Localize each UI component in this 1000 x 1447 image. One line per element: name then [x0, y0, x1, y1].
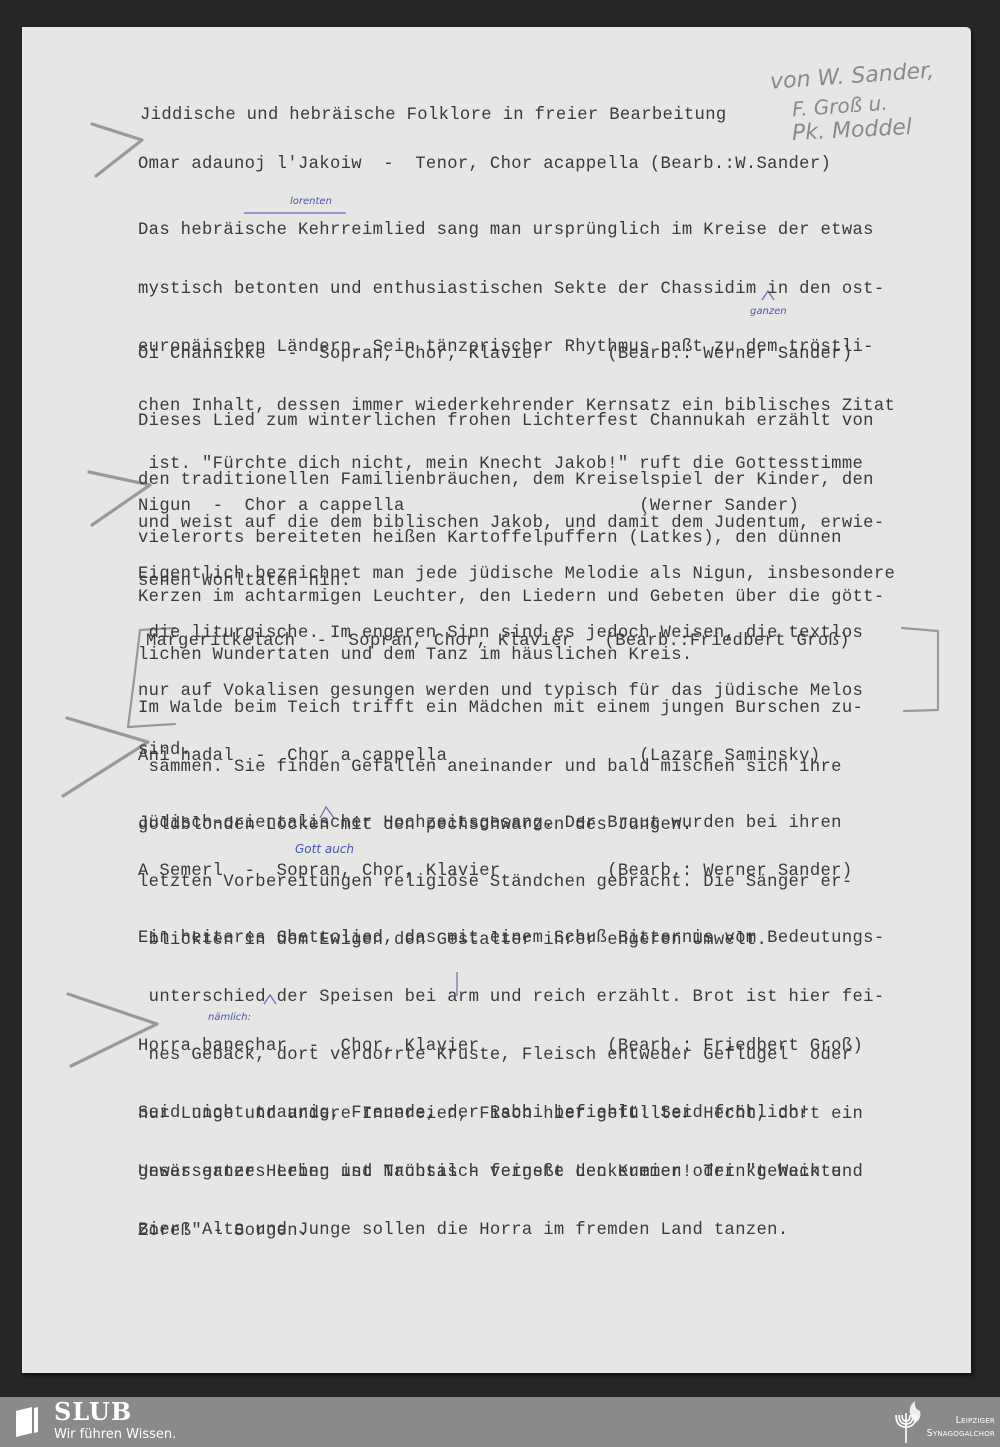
- document-title: Jiddische und hebräische Folklore in fre…: [140, 106, 727, 126]
- section-heading: Oi Channikke - Sopran, Chor, Klavier (Be…: [138, 345, 853, 365]
- body-line: Bier! Alte und Junge sollen die Horra im…: [138, 1221, 863, 1241]
- body-line: unterschied der Speisen bei arm und reic…: [138, 988, 885, 1008]
- body-line: Jüdisch-orientalischer Hochzeitsgesang. …: [138, 814, 853, 834]
- body-line: Seid nicht traurig, Freunde, der Rabbi b…: [138, 1104, 863, 1124]
- slub-brand: SLUB: [54, 1397, 132, 1426]
- body-line: Ein heiteres Ghettolied, das mit einem S…: [138, 929, 885, 949]
- section-heading: Ani hadal - Chor a cappella (Lazare Sami…: [138, 747, 821, 767]
- synagogalchor-line2: Synagogalchor: [920, 1427, 995, 1440]
- section-heading: Margeritkelach - Sopran, Chor, Klavier (…: [146, 632, 850, 652]
- slub-book-logo-icon: [14, 1405, 40, 1437]
- margin-arrow-icon: [63, 718, 148, 796]
- section-heading: Horra banechar - Chor, Klavier (Bearb.: …: [138, 1037, 863, 1057]
- synagogalchor-brand: Leipziger Synagogalchor: [920, 1414, 995, 1440]
- section-heading: A Semerl - Sopran, Chor, Klavier (Bearb.…: [138, 862, 853, 882]
- synagogalchor-line1: Leipziger: [920, 1414, 995, 1427]
- section-heading: Omar adaunoj l'Jakoiw - Tenor, Chor acap…: [138, 155, 831, 175]
- body-line: den traditionellen Familienbräuchen, dem…: [138, 471, 885, 491]
- body-line: mystisch betonten und enthusiastischen S…: [138, 280, 895, 300]
- body-line: Unser ganzes Leben ist Trübsal - vergeßt…: [138, 1163, 863, 1183]
- margin-arrow-icon: [92, 124, 142, 176]
- section-heading: Nigun - Chor a cappella (Werner Sander): [138, 497, 799, 517]
- slub-tagline: Wir führen Wissen.: [54, 1427, 176, 1442]
- section-body: Seid nicht traurig, Freunde, der Rabbi b…: [138, 1065, 863, 1260]
- section-bracket-icon: [902, 628, 938, 711]
- body-line: Eigentlich bezeichnet man jede jüdische …: [138, 565, 895, 585]
- body-line: Dieses Lied zum winterlichen frohen Lich…: [138, 412, 885, 432]
- body-line: Das hebräische Kehrreimlied sang man urs…: [138, 221, 895, 241]
- body-line: Im Walde beim Teich trifft ein Mädchen m…: [138, 699, 863, 719]
- footer-bar: SLUB Wir führen Wissen. Leipziger Synago…: [0, 1397, 1000, 1447]
